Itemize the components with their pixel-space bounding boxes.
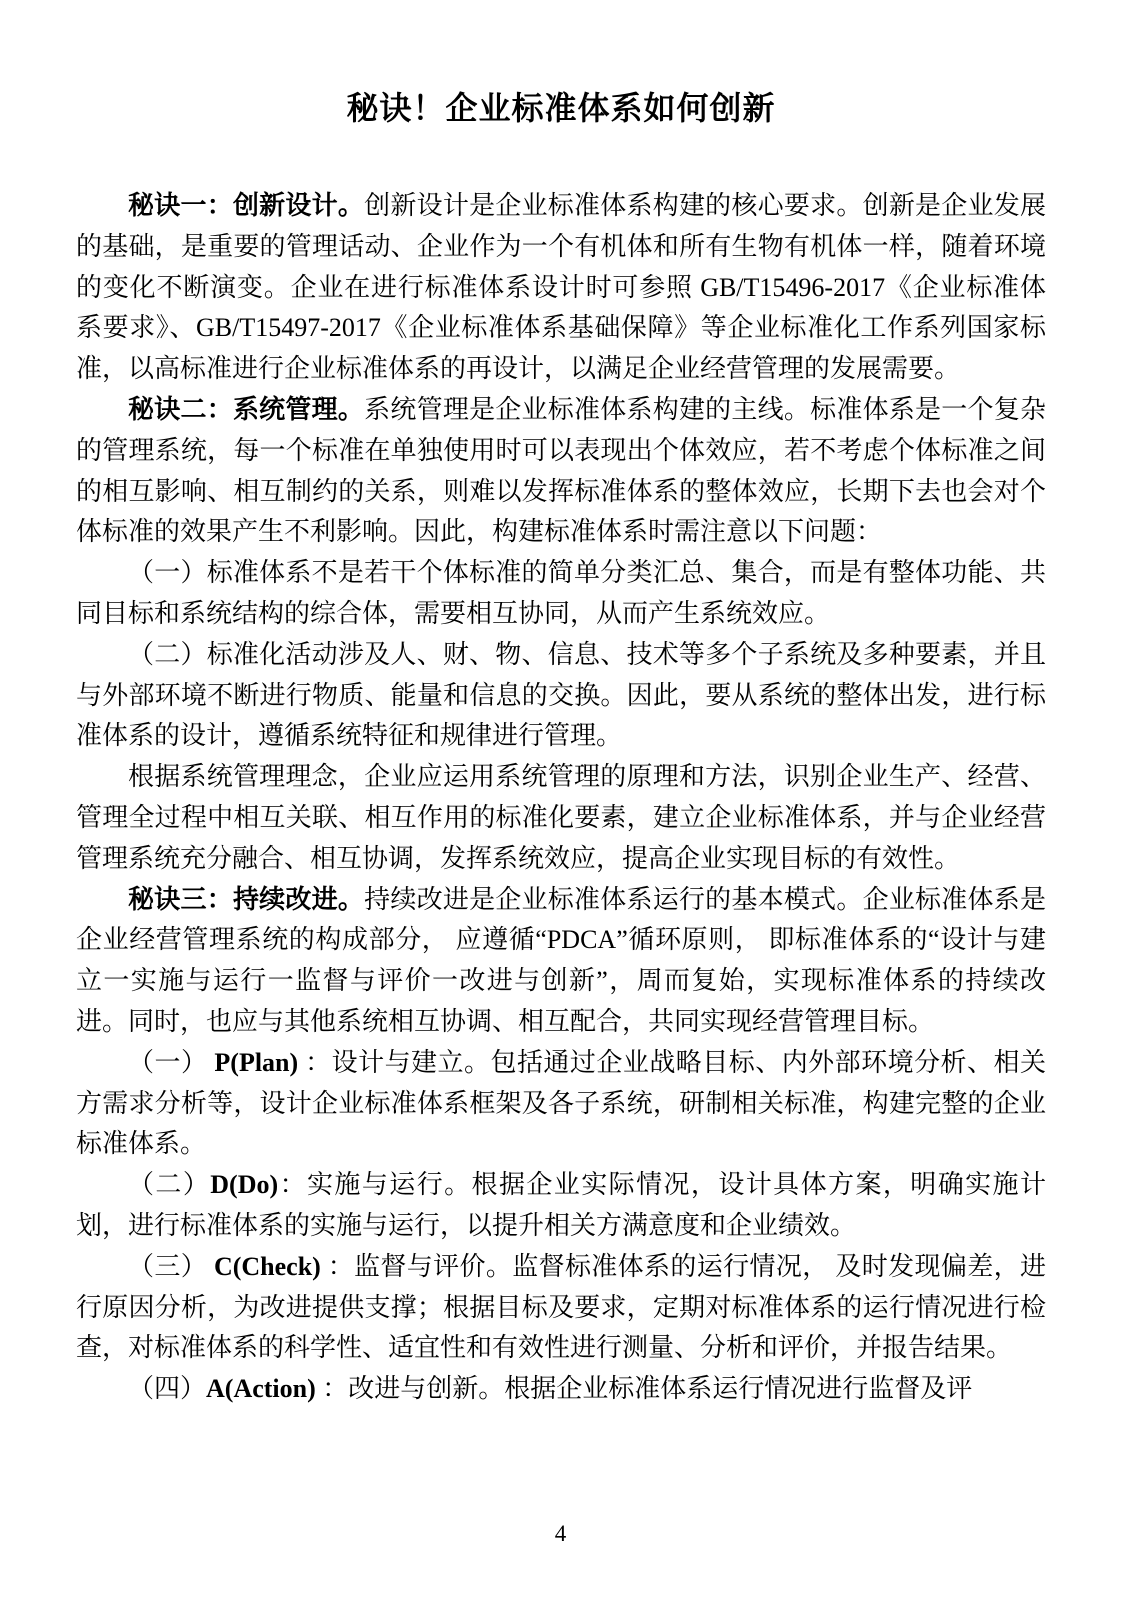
paragraph-pre: （二） bbox=[128, 1170, 210, 1199]
paragraph-text: （二）标准化活动涉及人、财、物、信息、技术等多个子系统及多种要素，并且与外部环境… bbox=[76, 640, 1046, 751]
paragraph-lead-bold: 秘诀一：创新设计。 bbox=[128, 191, 364, 220]
paragraph-item-1: （一）标准体系不是若干个体标准的简单分类汇总、集合，而是有整体功能、共同目标和系… bbox=[76, 553, 1046, 635]
paragraph-text: （一）标准体系不是若干个体标准的简单分类汇总、集合，而是有整体功能、共同目标和系… bbox=[76, 558, 1046, 628]
paragraph-pdca-do: （二）D(Do)：实施与运行。根据企业实际情况，设计具体方案，明确实施计划，进行… bbox=[76, 1165, 1046, 1247]
paragraph-lead-bold: P(Plan) bbox=[214, 1048, 305, 1077]
paragraph-item-2: （二）标准化活动涉及人、财、物、信息、技术等多个子系统及多种要素，并且与外部环境… bbox=[76, 635, 1046, 757]
document-page: 秘诀！企业标准体系如何创新 秘诀一：创新设计。创新设计是企业标准体系构建的核心要… bbox=[0, 0, 1121, 1613]
paragraph-secret-2: 秘诀二：系统管理。系统管理是企业标准体系构建的主线。标准体系是一个复杂的管理系统… bbox=[76, 390, 1046, 553]
document-title: 秘诀！企业标准体系如何创新 bbox=[76, 86, 1046, 130]
paragraph-text: ：改进与创新。根据企业标准体系运行情况进行监督及评 bbox=[322, 1374, 972, 1403]
paragraph-pre: （三） bbox=[128, 1252, 214, 1281]
paragraph-pdca-action: （四）A(Action) ：改进与创新。根据企业标准体系运行情况进行监督及评 bbox=[76, 1369, 1046, 1410]
paragraph-lead-bold: 秘诀二：系统管理。 bbox=[128, 395, 364, 424]
paragraph-secret-1: 秘诀一：创新设计。创新设计是企业标准体系构建的核心要求。创新是企业发展的基础，是… bbox=[76, 186, 1046, 390]
document-body: 秘诀一：创新设计。创新设计是企业标准体系构建的核心要求。创新是企业发展的基础，是… bbox=[76, 186, 1046, 1410]
paragraph-lead-bold: 秘诀三：持续改进。 bbox=[128, 885, 364, 914]
page-number: 4 bbox=[0, 1519, 1121, 1549]
paragraph-pdca-check: （三） C(Check) ：监督与评价。监督标准体系的运行情况， 及时发现偏差，… bbox=[76, 1247, 1046, 1369]
paragraph-pdca-plan: （一） P(Plan) ：设计与建立。包括通过企业战略目标、内外部环境分析、相关… bbox=[76, 1043, 1046, 1165]
paragraph-lead-bold: A(Action) bbox=[206, 1374, 322, 1403]
paragraph-text: 根据系统管理理念，企业应运用系统管理的原理和方法，识别企业生产、经营、管理全过程… bbox=[76, 762, 1046, 873]
paragraph-pre: （一） bbox=[128, 1048, 214, 1077]
paragraph-pre: （四） bbox=[128, 1374, 206, 1403]
paragraph-secret-3: 秘诀三：持续改进。持续改进是企业标准体系运行的基本模式。企业标准体系是企业经营管… bbox=[76, 880, 1046, 1043]
paragraph-lead-bold: D(Do) bbox=[210, 1170, 278, 1199]
paragraph-lead-bold: C(Check) bbox=[214, 1252, 328, 1281]
paragraph-system-management: 根据系统管理理念，企业应运用系统管理的原理和方法，识别企业生产、经营、管理全过程… bbox=[76, 757, 1046, 879]
